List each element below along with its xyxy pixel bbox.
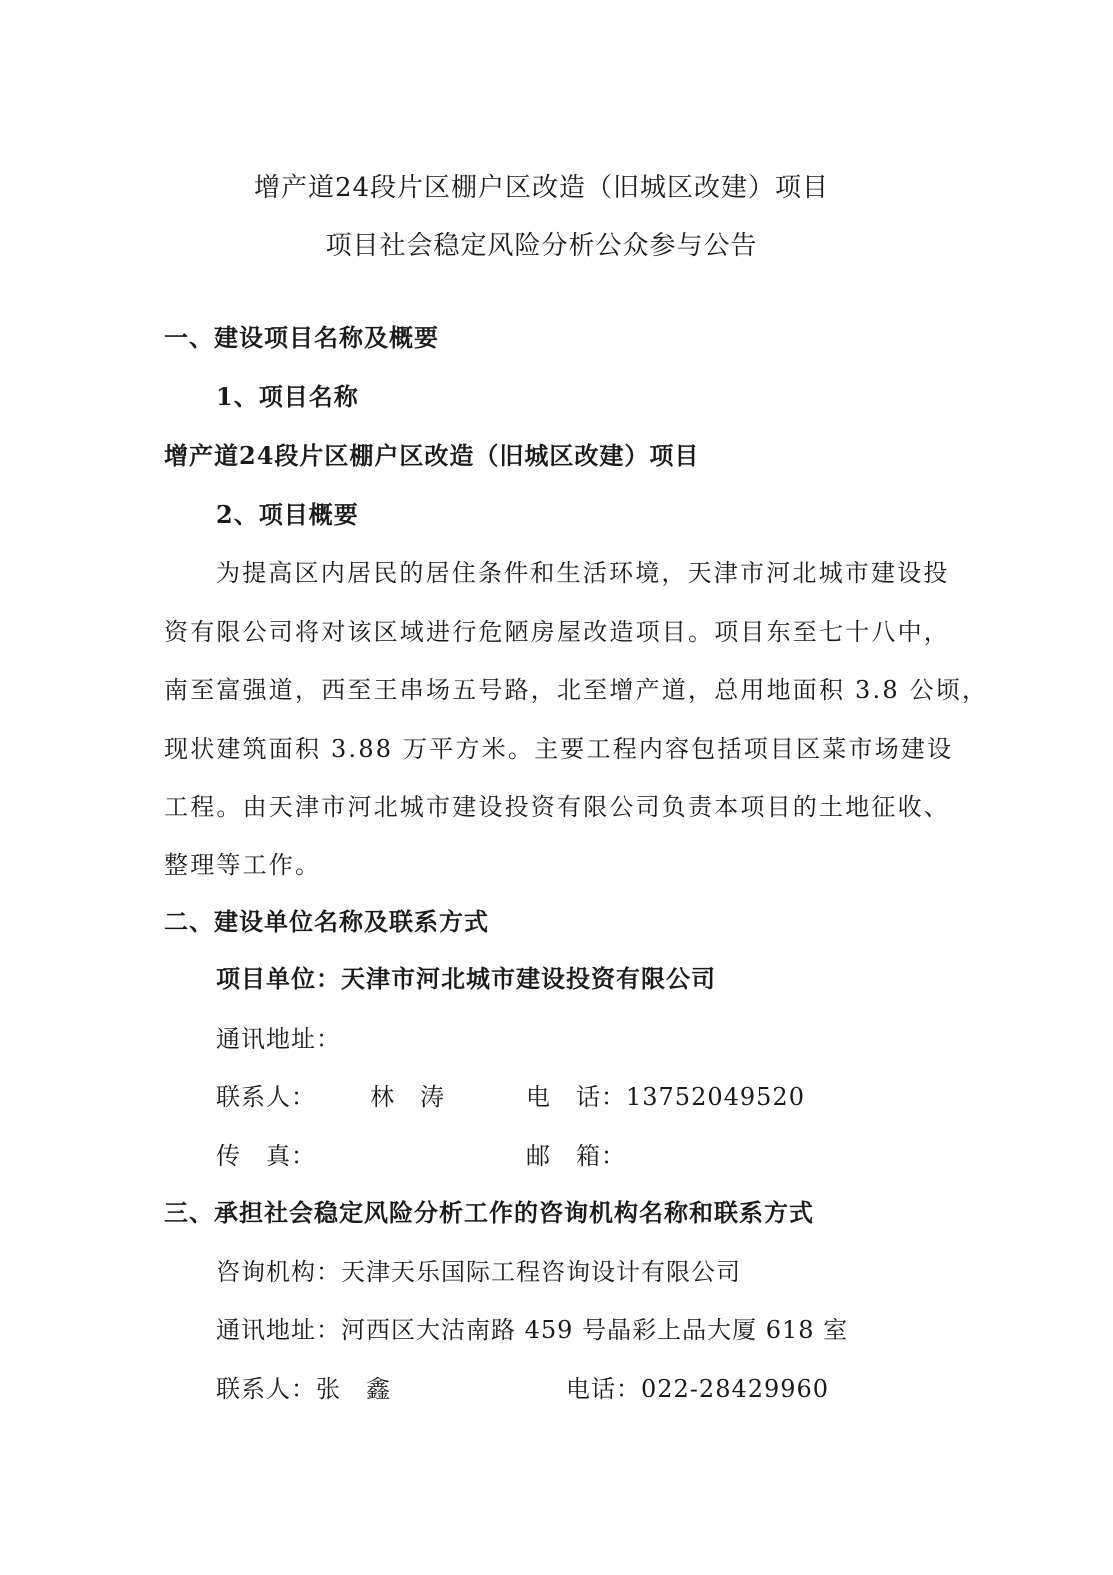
- section3-heading: 三、承担社会稳定风险分析工作的咨询机构名称和联系方式: [164, 1197, 814, 1229]
- overview-paragraph-line: 工程。由天津市河北城市建设投资有限公司负责本项目的土地征收、: [164, 791, 950, 823]
- document-title-line2: 项目社会稳定风险分析公众参与公告: [0, 230, 1083, 262]
- consultant-phone-row: 电话：022-28429960: [566, 1373, 829, 1405]
- unit-phone-label: 电 话：: [526, 1081, 626, 1113]
- consultant-address-label: 通讯地址：: [216, 1316, 341, 1344]
- consultant-address-row: 通讯地址：河西区大沽南路 459 号晶彩上品大厦 618 室: [216, 1314, 848, 1346]
- consultant-contact-value: 张 鑫: [316, 1375, 391, 1403]
- unit-phone-value: 13752049520: [626, 1081, 805, 1113]
- section1-sub2-heading: 2、项目概要: [216, 499, 359, 531]
- consultant-contact-row: 联系人：张 鑫: [216, 1373, 391, 1405]
- overview-paragraph-line: 现状建筑面积 3.88 万平方米。主要工程内容包括项目区菜市场建设: [164, 733, 953, 765]
- project-unit-row: 项目单位：天津市河北城市建设投资有限公司: [216, 963, 716, 995]
- consultant-org-value: 天津天乐国际工程咨询设计有限公司: [341, 1258, 741, 1286]
- unit-contact-value: 林 涛: [370, 1081, 445, 1113]
- overview-paragraph-line: 整理等工作。: [164, 849, 321, 881]
- section1-heading: 一、建设项目名称及概要: [164, 322, 439, 354]
- consultant-org-label: 咨询机构：: [216, 1258, 341, 1286]
- project-unit-label: 项目单位：: [216, 964, 341, 993]
- consultant-org-row: 咨询机构：天津天乐国际工程咨询设计有限公司: [216, 1256, 741, 1288]
- unit-fax-label: 传 真：: [216, 1140, 316, 1172]
- project-unit-value: 天津市河北城市建设投资有限公司: [341, 964, 716, 993]
- section2-heading: 二、建设单位名称及联系方式: [164, 906, 489, 938]
- unit-address-label: 通讯地址：: [216, 1023, 341, 1055]
- overview-paragraph-line: 资有限公司将对该区域进行危陋房屋改造项目。项目东至七十八中，: [164, 616, 950, 648]
- overview-paragraph-line: 南至富强道，西至王串场五号路，北至增产道，总用地面积 3.8 公顷，: [164, 674, 988, 706]
- consultant-contact-label: 联系人：: [216, 1375, 316, 1403]
- document-title-line1: 增产道24段片区棚户区改造（旧城区改建）项目: [0, 172, 1083, 204]
- overview-paragraph-line: 为提高区内居民的居住条件和生活环境，天津市河北城市建设投: [216, 557, 950, 589]
- consultant-address-value: 河西区大沽南路 459 号晶彩上品大厦 618 室: [341, 1316, 848, 1344]
- consultant-phone-label: 电话：: [566, 1375, 641, 1403]
- consultant-phone-value: 022-28429960: [641, 1375, 829, 1403]
- project-name: 增产道24段片区棚户区改造（旧城区改建）项目: [164, 440, 699, 472]
- unit-email-label: 邮 箱：: [526, 1140, 626, 1172]
- unit-contact-label: 联系人：: [216, 1081, 316, 1113]
- section1-sub1-heading: 1、项目名称: [216, 381, 359, 413]
